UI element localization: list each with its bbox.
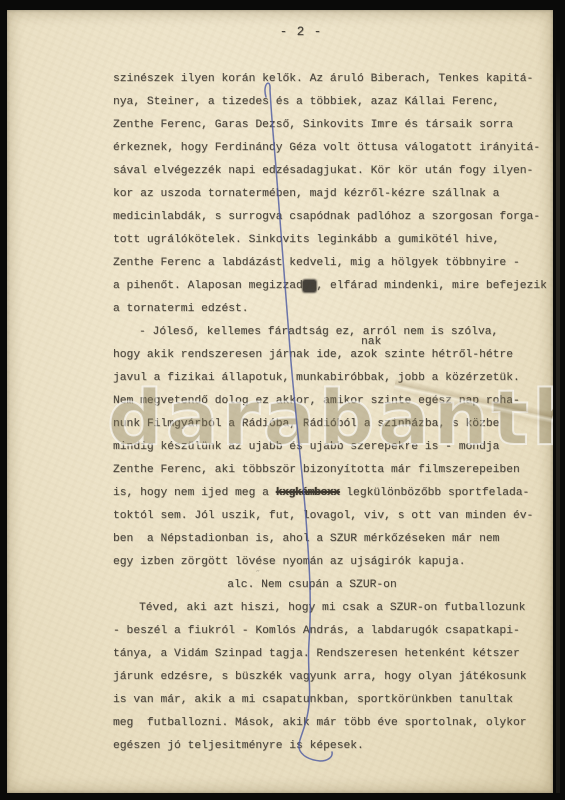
typed-text-segment: ben a Népstadionban is, ahol a SZUR mérk… xyxy=(113,533,499,545)
typed-line: mindig készülünk az ujabb és ujabb szere… xyxy=(113,436,551,459)
typed-line: járunk edzésre, s büszkék vagyunk arra, … xyxy=(113,666,551,689)
typed-text-segment: kor az uszoda tornatermében, majd kézről… xyxy=(113,188,499,200)
typed-line: nunk Filmgyárból a Rádióba, Rádióból a s… xyxy=(113,413,551,436)
typed-line: - beszél a fiukról - Komlós András, a la… xyxy=(113,620,551,643)
typed-line: Zenthe Ferenc a labdázást kedveli, mig a… xyxy=(113,252,551,275)
typed-text-segment: hogy akik rendszeresen járnak ide, azok … xyxy=(113,349,513,361)
page-number: - 2 - xyxy=(7,25,553,39)
typed-text-segment: is van már, akik a mi csapatunkban, spor… xyxy=(113,694,513,706)
typed-line: Zenthe Ferenc, aki többször bizonyította… xyxy=(113,459,551,482)
typed-text-segment: nunk Filmgyárból a Rádióba, Rádióból a s… xyxy=(113,418,499,430)
typed-line: Nem megvetendő dolog ez akkor, amikor sz… xyxy=(113,390,551,413)
typed-line: ben a Népstadionban is, ahol a SZUR mérk… xyxy=(113,528,551,551)
typed-line: kor az uszoda tornatermében, majd kézről… xyxy=(113,183,551,206)
typed-text-segment: javul a fizikai állapotuk, munkabiróbbak… xyxy=(113,372,520,384)
typed-text-segment: Téved, aki azt hiszi, hogy mi csak a SZU… xyxy=(139,602,525,614)
scan-background: { "page": { "number_label": "- 2 -", "wa… xyxy=(0,0,565,800)
typed-line: javul a fizikai állapotuk, munkabiróbbak… xyxy=(113,367,551,390)
typed-text-segment: - Jóleső, kellemes fáradtság ez, arról n… xyxy=(139,326,498,338)
typed-text: szinészek ilyen korán kelők. Az áruló Bi… xyxy=(113,68,551,758)
typed-line: tott ugrálókötelek. Sinkovits leginkább … xyxy=(113,229,551,252)
typed-text-segment: érkeznek, hogy Ferdinándy Géza volt öttu… xyxy=(113,142,540,154)
typed-text-segment: meg futballozni. Mások, akik már több év… xyxy=(113,717,527,729)
typed-line: szinészek ilyen korán kelők. Az áruló Bi… xyxy=(113,68,551,91)
typed-line: egy izben zörgött lövése nyomán az ujság… xyxy=(113,551,551,574)
typed-text-segment: szinészek ilyen korán kelők. Az áruló Bi… xyxy=(113,73,533,85)
typed-text-segment: egészen jó teljesitményre is képesek. xyxy=(113,740,364,752)
typed-line: is van már, akik a mi csapatunkban, spor… xyxy=(113,689,551,712)
typed-text-segment: legkülönbözőbb sportfelada- xyxy=(340,487,530,499)
typed-line: hogy akik rendszeresen járnak ide, azok … xyxy=(113,344,551,367)
scan-edge-sliver xyxy=(556,60,560,793)
typed-text-segment: járunk edzésre, s büszkék vagyunk arra, … xyxy=(113,671,527,683)
typed-line: a pihenőt. Alaposan megizzadva, elfárad … xyxy=(113,275,551,298)
typed-text-segment: , elfárad mindenki, mire befejezik xyxy=(316,280,547,292)
typed-line: - Jóleső, kellemes fáradtság ez, arról n… xyxy=(113,321,551,344)
typed-text-segment: sával elvégezzék napi edzésadagjukat. Kö… xyxy=(113,165,533,177)
typed-text-segment: a tornatermi edzést. xyxy=(113,303,249,315)
typed-line: meg futballozni. Mások, akik már több év… xyxy=(113,712,551,735)
typed-text-segment: Zenthe Ferenc a labdázást kedveli, mig a… xyxy=(113,257,520,269)
typed-text-segment: Zenthe Ferenc, aki többször bizonyította… xyxy=(113,464,520,476)
typed-text-segment: Nem megvetendő dolog ez akkor, amikor sz… xyxy=(113,395,520,407)
typed-text-segment: Zenthe Ferenc, Garas Dezső, Sinkovits Im… xyxy=(113,119,513,131)
typed-text-segment: mindig készülünk az ujabb és ujabb szere… xyxy=(113,441,499,453)
typed-text-segment: egy izben zörgött lövése nyomán az ujság… xyxy=(113,556,466,568)
typo-mark: ˝ xyxy=(256,570,261,580)
typed-text-segment: tánya, a Vidám Szinpad tagja. Rendszeres… xyxy=(113,648,520,660)
typed-line: egészen jó teljesitményre is képesek. xyxy=(113,735,551,758)
typed-text-segment: medicinlabdák, s surrogva csapódnak padl… xyxy=(113,211,540,223)
typed-insertion: nak xyxy=(361,336,381,348)
typed-line: sával elvégezzék napi edzésadagjukat. Kö… xyxy=(113,160,551,183)
typed-line: tánya, a Vidám Szinpad tagja. Rendszeres… xyxy=(113,643,551,666)
ink-smudge: va xyxy=(303,280,317,292)
typed-line: érkeznek, hogy Ferdinándy Géza volt öttu… xyxy=(113,137,551,160)
typed-text-segment: alc. Nem csupán a SZUR-on xyxy=(227,579,396,591)
typed-text-segment: tott ugrálókötelek. Sinkovits leginkább … xyxy=(113,234,499,246)
typed-line: alc. Nem csupán a SZUR-on xyxy=(113,574,551,597)
typed-line: nya, Steiner, a tizedes és a többiek, az… xyxy=(113,91,551,114)
typed-line: medicinlabdák, s surrogva csapódnak padl… xyxy=(113,206,551,229)
typed-line: a tornatermi edzést. xyxy=(113,298,551,321)
typed-line: is, hogy nem ijed meg a kxgkámboxx legkü… xyxy=(113,482,551,505)
typed-line: toktól sem. Jól uszik, fut, lovagol, viv… xyxy=(113,505,551,528)
strikeout-text: kxgkámboxx xyxy=(276,487,340,499)
typed-text-segment: toktól sem. Jól uszik, fut, lovagol, viv… xyxy=(113,510,533,522)
typed-text-segment: nya, Steiner, a tizedes és a többiek, az… xyxy=(113,96,499,108)
typed-text-segment: a pihenőt. Alaposan megizzad xyxy=(113,280,303,292)
typed-text-segment: - beszél a fiukról - Komlós András, a la… xyxy=(113,625,520,637)
typed-line: Téved, aki azt hiszi, hogy mi csak a SZU… xyxy=(113,597,551,620)
paper: - 2 - szinészek ilyen korán kelők. Az ár… xyxy=(7,10,553,793)
typed-text-segment: is, hogy nem ijed meg a xyxy=(113,487,276,499)
typed-line: Zenthe Ferenc, Garas Dezső, Sinkovits Im… xyxy=(113,114,551,137)
